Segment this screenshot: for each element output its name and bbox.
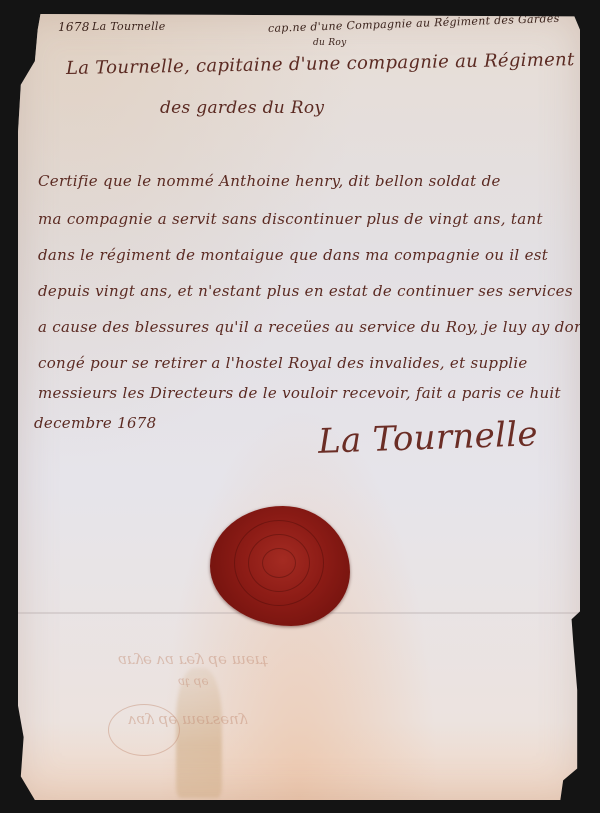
- heading-line-1: La Tournelle, capitaine d'une compagnie …: [66, 49, 575, 79]
- body-line: a cause des blessures qu'il a receües au…: [38, 318, 600, 336]
- bleed-through-text: ʇɹǝɯ ǝp ʎǝɹ ɐʌ ǝʎɹɐ: [118, 650, 268, 668]
- manuscript-page: 1678 La Tournelle cap.ne d'une Compagnie…: [18, 14, 580, 800]
- archival-note-title: cap.ne d'une Compagnie au Régiment des G…: [268, 12, 560, 35]
- body-line: dans le régiment de montaigue que dans m…: [38, 246, 548, 264]
- photo-frame: 1678 La Tournelle cap.ne d'une Compagnie…: [0, 0, 600, 813]
- date-line: decembre 1678: [34, 414, 156, 432]
- heading-line-2: des gardes du Roy: [160, 98, 324, 118]
- body-line: ma compagnie a servit sans discontinuer …: [38, 210, 543, 228]
- archival-note-title-cont: du Roy: [313, 38, 347, 48]
- bleed-through-text: ǝp ʇɐ: [178, 674, 209, 688]
- body-line: congé pour se retirer a l'hostel Royal d…: [38, 354, 528, 372]
- wax-seal-icon: [210, 506, 350, 626]
- seal-ring-inner: [262, 548, 296, 578]
- body-line: messieurs les Directeurs de le vouloir r…: [38, 384, 561, 402]
- archival-note-year: 1678: [58, 20, 90, 34]
- bleed-through-flourish: [108, 704, 180, 756]
- body-line: depuis vingt ans, et n'estant plus en es…: [38, 282, 573, 300]
- body-line: Certifie que le nommé Anthoine henry, di…: [38, 172, 501, 190]
- signature: La Tournelle: [317, 414, 538, 462]
- archival-note-name: La Tournelle: [92, 20, 166, 33]
